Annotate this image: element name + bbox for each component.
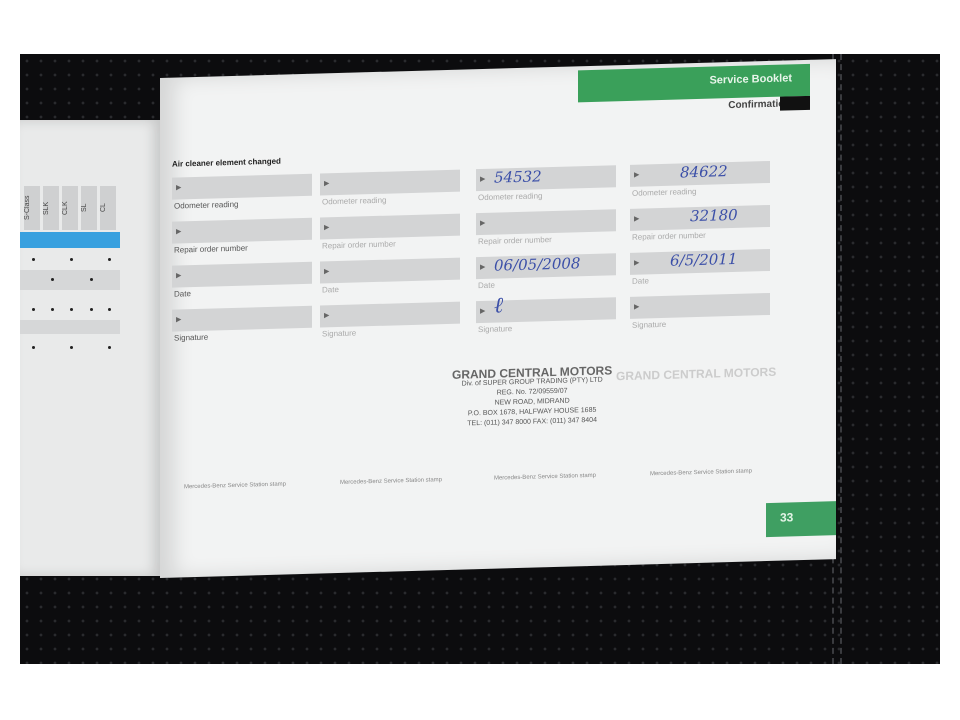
date-field: ▶ <box>172 262 312 288</box>
odometer-field: ▶ <box>320 170 460 196</box>
entry-column-4: ▶84622 Odometer reading ▶32180 Repair or… <box>630 161 770 341</box>
entry-column-2: ▶ Odometer reading ▶ Repair order number… <box>320 170 460 350</box>
dealer-stamp-faded: GRAND CENTRAL MOTORS <box>616 365 776 383</box>
header-marker <box>780 96 810 111</box>
odometer-field: ▶84622 <box>630 161 770 187</box>
repair-order-field: ▶ <box>320 214 460 240</box>
model-label: SLK <box>43 186 59 230</box>
photo: S-Class SLK CLK SL CL Service Booklet Co… <box>20 54 940 664</box>
model-columns: S-Class SLK CLK SL CL <box>24 186 116 230</box>
date-field: ▶ <box>320 258 460 284</box>
repair-order-field: ▶ <box>172 218 312 244</box>
model-label: SL <box>81 186 97 230</box>
stamp-label: Mercedes-Benz Service Station stamp <box>180 480 290 491</box>
model-label: CL <box>100 186 116 230</box>
model-label: CLK <box>62 186 78 230</box>
section-title: Air cleaner element changed <box>172 157 281 169</box>
signature-scribble: ℓ <box>494 292 503 318</box>
date-field: ▶6/5/2011 <box>630 249 770 275</box>
odometer-field: ▶ <box>172 174 312 200</box>
left-page: S-Class SLK CLK SL CL <box>20 120 162 576</box>
repair-order-field: ▶32180 <box>630 205 770 231</box>
right-page: Service Booklet Confirmations Air cleane… <box>160 59 836 578</box>
model-label: S-Class <box>24 186 40 230</box>
date-field: ▶06/05/2008 <box>476 253 616 279</box>
dot-row <box>20 300 120 320</box>
signature-field: ▶ <box>320 302 460 328</box>
repair-order-field: ▶ <box>476 209 616 235</box>
stamp-label: Mercedes-Benz Service Station stamp <box>646 467 756 478</box>
signature-field: ▶ <box>630 293 770 319</box>
dot-row <box>20 270 120 290</box>
model-band <box>20 232 120 248</box>
dot-row <box>20 320 120 334</box>
entry-column-1: ▶ Odometer reading ▶ Repair order number… <box>172 174 312 354</box>
signature-field: ▶ℓ <box>476 297 616 323</box>
stamp-label: Mercedes-Benz Service Station stamp <box>490 472 600 483</box>
entry-column-3: ▶54532 Odometer reading ▶ Repair order n… <box>476 165 616 345</box>
dot-row <box>20 250 120 270</box>
signature-field: ▶ <box>172 306 312 332</box>
booklet-header: Service Booklet <box>578 64 810 102</box>
page-number: 33 <box>766 501 836 537</box>
odometer-field: ▶54532 <box>476 165 616 191</box>
stamp-label: Mercedes-Benz Service Station stamp <box>336 476 446 487</box>
dealer-stamp: GRAND CENTRAL MOTORS Div. of SUPER GROUP… <box>452 365 612 429</box>
dot-row <box>20 338 120 358</box>
